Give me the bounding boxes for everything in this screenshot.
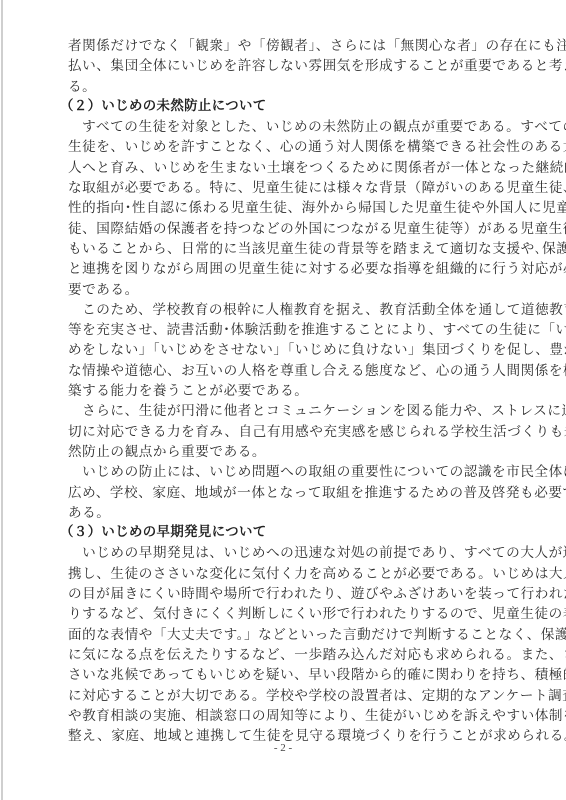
body-line: すべての生徒を対象とした、いじめの未然防止の観点が重要である。すべての <box>60 117 516 137</box>
body-line: 生徒を、いじめを許すことなく、心の通う対人関係を構築できる社会性のある大 <box>60 137 516 157</box>
body-line: る。 <box>60 77 516 97</box>
body-line: めをしない」「いじめをさせない」「いじめに負けない」集団づくりを促し、豊か <box>60 340 516 360</box>
page-number: - 2 - <box>0 742 566 754</box>
body-line: 切に対応できる力を育み、自己有用感や充実感を感じられる学校生活づくりも未 <box>60 422 516 442</box>
body-line: いじめの早期発見は、いじめへの迅速な対処の前提であり、すべての大人が連 <box>60 543 516 563</box>
body-line: に対応することが大切である。学校や学校の設置者は、定期的なアンケート調査 <box>60 686 516 706</box>
body-line: 要である。 <box>60 280 516 300</box>
body-line: いじめの防止には、いじめ問題への取組の重要性についての認識を市民全体に <box>60 462 516 482</box>
body-line: や教育相談の実施、相談窓口の周知等により、生徒がいじめを訴えやすい体制を <box>60 706 516 726</box>
body-line: 広め、学校、家庭、地域が一体となって取組を推進するための普及啓発も必要で <box>60 483 516 503</box>
body-line: 築する能力を養うことが必要である。 <box>60 381 516 401</box>
body-line: ある。 <box>60 503 516 523</box>
section-heading-2: （２）いじめの未然防止について <box>60 97 516 117</box>
body-line: と連携を図りながら周囲の児童生徒に対する必要な指導を組織的に行う対応が必 <box>60 259 516 279</box>
body-line: 等を充実させ、読書活動･体験活動を推進することにより、すべての生徒に「いじ <box>60 320 516 340</box>
body-line: 人へと育み、いじめを生まない土壌をつくるために関係者が一体となった継続的 <box>60 158 516 178</box>
scan-edge-artifact <box>1 0 3 800</box>
body-line: の目が届きにくい時間や場所で行われたり、遊びやふざけあいを装って行われた <box>60 584 516 604</box>
body-line: 面的な表情や「大丈夫です。」などといった言動だけで判断することなく、保護者 <box>60 625 516 645</box>
body-line: このため、学校教育の根幹に人権教育を据え、教育活動全体を通して道徳教育 <box>60 300 516 320</box>
body-line: な取組が必要である。特に、児童生徒には様々な背景（障がいのある児童生徒、 <box>60 178 516 198</box>
body-line: 者関係だけでなく「観衆」や「傍観者」、さらには「無関心な者」の存在にも注意を <box>60 36 516 56</box>
body-line: 徒、国際結婚の保護者を持つなどの外国につながる児童生徒等）がある児童生徒 <box>60 219 516 239</box>
body-line: さいな兆候であってもいじめを疑い、早い段階から的確に関わりを持ち、積極的 <box>60 665 516 685</box>
body-line: もいることから、日常的に当該児童生徒の背景等を踏まえて適切な支援や､保護者 <box>60 239 516 259</box>
body-line: 性的指向･性自認に係わる児童生徒、海外から帰国した児童生徒や外国人に児童生 <box>60 198 516 218</box>
body-line: に気になる点を伝えたりするなど、一歩踏み込んだ対応も求められる。また、さ <box>60 645 516 665</box>
body-line: りするなど、気付きにくく判断しにくい形で行われたりするので、児童生徒の表 <box>60 604 516 624</box>
document-page: 者関係だけでなく「観衆」や「傍観者」、さらには「無関心な者」の存在にも注意を 払… <box>60 36 516 746</box>
body-line: 携し、生徒のささいな変化に気付く力を高めることが必要である。いじめは大人 <box>60 564 516 584</box>
section-heading-3: （３）いじめの早期発見について <box>60 523 516 543</box>
body-line: な情操や道徳心、お互いの人格を尊重し合える態度など、心の通う人間関係を構 <box>60 361 516 381</box>
body-line: 然防止の観点から重要である。 <box>60 442 516 462</box>
body-line: 払い、集団全体にいじめを許容しない雰囲気を形成することが重要であると考え <box>60 56 516 76</box>
body-line: さらに、生徒が円滑に他者とコミュニケーションを図る能力や、ストレスに適 <box>60 401 516 421</box>
